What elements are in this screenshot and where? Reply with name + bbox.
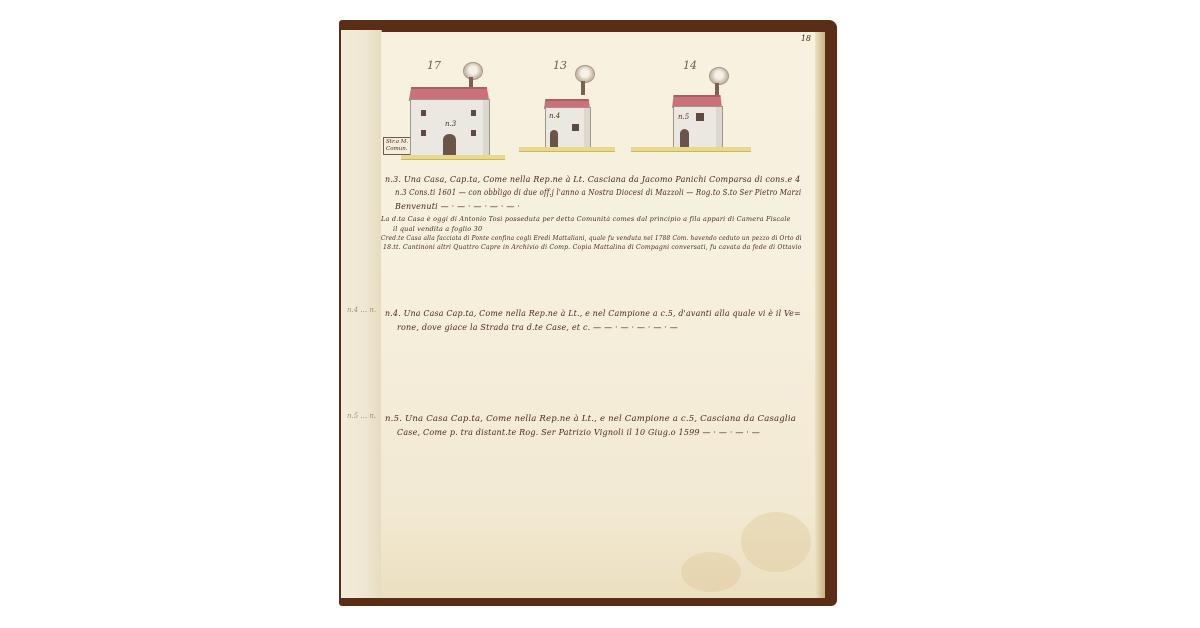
window bbox=[572, 124, 579, 131]
ground bbox=[401, 155, 505, 160]
entry-line: n.5. Una Casa Cap.ta, Come nella Rep.ne … bbox=[385, 414, 796, 424]
window bbox=[696, 113, 704, 121]
house-label: n.3 bbox=[445, 120, 456, 128]
chimney bbox=[581, 81, 585, 95]
house-wall: n.5 bbox=[673, 106, 723, 149]
door bbox=[443, 134, 456, 155]
entry-line: Benvenuti — · — · — · — · — · bbox=[395, 202, 520, 211]
house-number: 14 bbox=[683, 59, 697, 72]
smoke-icon bbox=[575, 65, 595, 83]
house-number: 13 bbox=[553, 59, 567, 72]
smoke-icon bbox=[463, 62, 483, 80]
entry-line: il qual vendita a foglio 30 bbox=[393, 225, 482, 233]
window bbox=[471, 130, 476, 136]
paper-stain bbox=[681, 552, 741, 592]
house-wall: n.3 bbox=[410, 99, 490, 157]
door bbox=[680, 129, 689, 147]
chimney bbox=[469, 77, 473, 87]
window bbox=[421, 110, 426, 116]
entry-line: Case, Come p. tra distant.te Rog. Ser Pa… bbox=[397, 428, 760, 437]
ground bbox=[519, 147, 615, 152]
house-drawing-14: 14 n.5 bbox=[661, 57, 741, 167]
page-number: 18 bbox=[801, 34, 811, 43]
margin-mark: n.5 ... n. bbox=[347, 412, 376, 420]
left-page-strip: n.4 ... n. n.5 ... n. bbox=[341, 30, 382, 598]
house-drawing-13: 13 n.4 bbox=[533, 57, 613, 167]
entry-line: n.4. Una Casa Cap.ta, Come nella Rep.ne … bbox=[385, 309, 801, 319]
page-edge bbox=[815, 32, 825, 598]
ground bbox=[631, 147, 751, 152]
entry-line: rone, dove giace la Strada tra d.te Case… bbox=[397, 323, 678, 332]
margin-mark: n.4 ... n. bbox=[347, 306, 376, 314]
window bbox=[471, 110, 476, 116]
chimney bbox=[715, 83, 719, 95]
door bbox=[550, 130, 558, 147]
entry-line: La d.ta Casa è oggi di Antonio Tosi poss… bbox=[381, 215, 791, 223]
entry-line: n.3 Cons.ti 1601 — con obbligo di due of… bbox=[395, 188, 801, 197]
house-wall: n.4 bbox=[545, 107, 591, 149]
entry-line: 18.tt. Cantinoni altri Quattro Capre in … bbox=[383, 243, 802, 251]
entry-line: n.3. Una Casa, Cap.ta, Come nella Rep.ne… bbox=[385, 175, 800, 185]
house-label: n.4 bbox=[549, 112, 560, 120]
paper-stain bbox=[741, 512, 811, 572]
house-number: 17 bbox=[427, 59, 441, 72]
smoke-icon bbox=[709, 67, 729, 85]
house-drawing-17: 17 n.3 bbox=[403, 57, 503, 167]
house-label: n.5 bbox=[678, 113, 689, 121]
manuscript-book: n.4 ... n. n.5 ... n. 18 Str.a M. Comun.… bbox=[339, 20, 837, 606]
window bbox=[421, 130, 426, 136]
entry-line: Cred.te Casa alla facciata di Ponte conf… bbox=[381, 234, 802, 242]
manuscript-page: 18 Str.a M. Comun. 17 n.3 13 bbox=[381, 32, 825, 598]
